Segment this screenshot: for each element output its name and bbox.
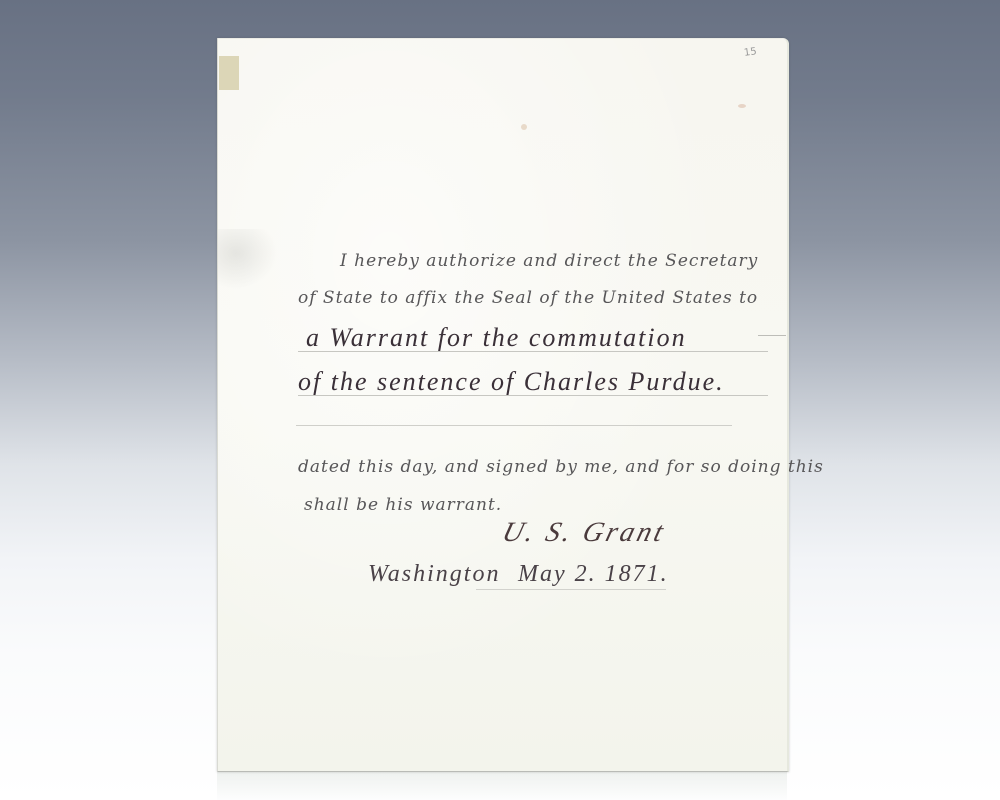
paper-fold-shadow [218,229,278,289]
handwritten-line-3: a Warrant for the commutation [306,323,687,353]
tape-strip [219,56,239,90]
handwritten-line-4: of the sentence of Charles Purdue. [298,367,725,397]
place-washington: Washington [368,561,500,588]
writing-rule-dash [758,335,786,336]
date: May 2. 1871. [518,561,669,588]
writing-rule [298,351,768,352]
paper-stain [521,124,527,130]
writing-rule [298,395,768,396]
printed-line-2: of State to affix the Seal of the United… [298,288,758,308]
pencil-annotation: 15 [744,46,758,59]
printed-line-5: dated this day, and signed by me, and fo… [298,457,824,477]
printed-line-1: I hereby authorize and direct the Secret… [340,251,758,271]
document-page: 15 I hereby authorize and direct the Sec… [217,38,789,772]
fold-line [296,425,732,426]
writing-rule [476,589,666,590]
paper-stain [738,104,746,108]
signature: U. S. Grant [499,517,670,549]
table-reflection [217,770,787,800]
printed-line-6: shall be his warrant. [304,495,502,515]
